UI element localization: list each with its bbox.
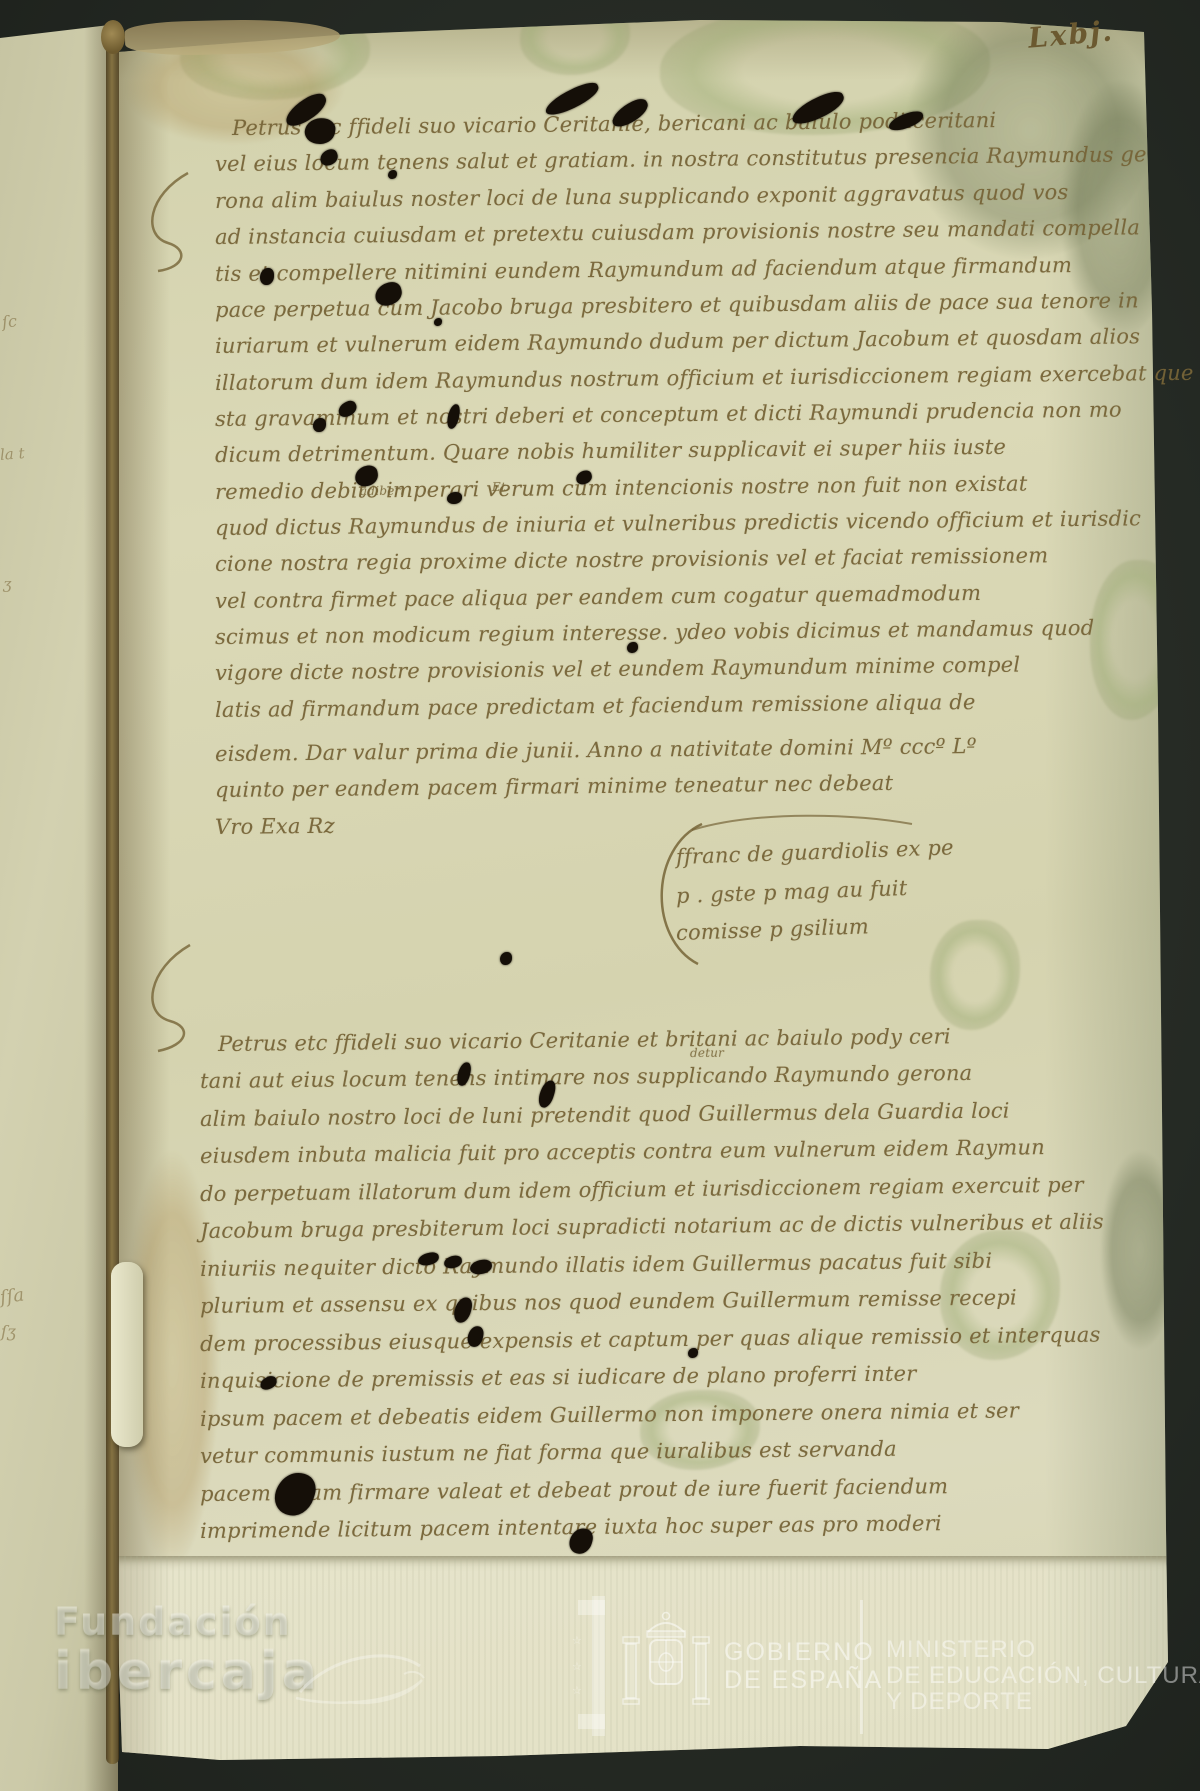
star-icon: ☆ [572,1660,582,1673]
signature-flourish [688,808,918,836]
ministerio-watermark-line3: Y DEPORTE [886,1688,1033,1716]
binding-cord [106,24,119,1764]
star-icon: ☆ [572,1684,582,1697]
watermark-divider [860,1600,863,1734]
manuscript-photo: ſc la t ʒ ſſa ſʒ Lxbj. [0,0,1200,1791]
interlinear-annotation: detur [690,1046,724,1060]
margin-script-fragment: ſʒ [1,1322,16,1341]
interlinear-annotation: Et [492,480,506,494]
initial-flourish [126,935,201,1055]
gobierno-watermark-line1: GOBIERNO [724,1638,875,1667]
curled-page-fold [111,1262,143,1447]
binding-knot [101,20,125,54]
margin-script-fragment: ʒ [3,575,11,593]
margin-script-fragment: ſc [1,311,18,331]
ministerio-watermark-line2: DE EDUCACIÓN, CULTURA [886,1662,1200,1690]
margin-script-fragment: la t [0,444,25,464]
flag-tab-icon [578,1600,605,1615]
star-icon: ☆ [572,1634,582,1647]
ibercaja-watermark-line2: ibercaja [54,1642,321,1702]
flag-tab-icon [578,1714,605,1729]
ministerio-watermark-line1: MINISTERIO [886,1636,1036,1664]
margin-script-fragment: ſſa [0,1284,25,1308]
manuscript-closing-line: Vro Exa Rz [215,814,335,839]
spain-coat-of-arms-icon [618,1608,714,1718]
ibercaja-logo-icon [288,1636,433,1718]
initial-flourish [128,165,198,275]
facing-page-edge [0,0,118,1791]
ibercaja-watermark-line1: Fundación [54,1600,292,1644]
water-stain [930,920,1020,1030]
